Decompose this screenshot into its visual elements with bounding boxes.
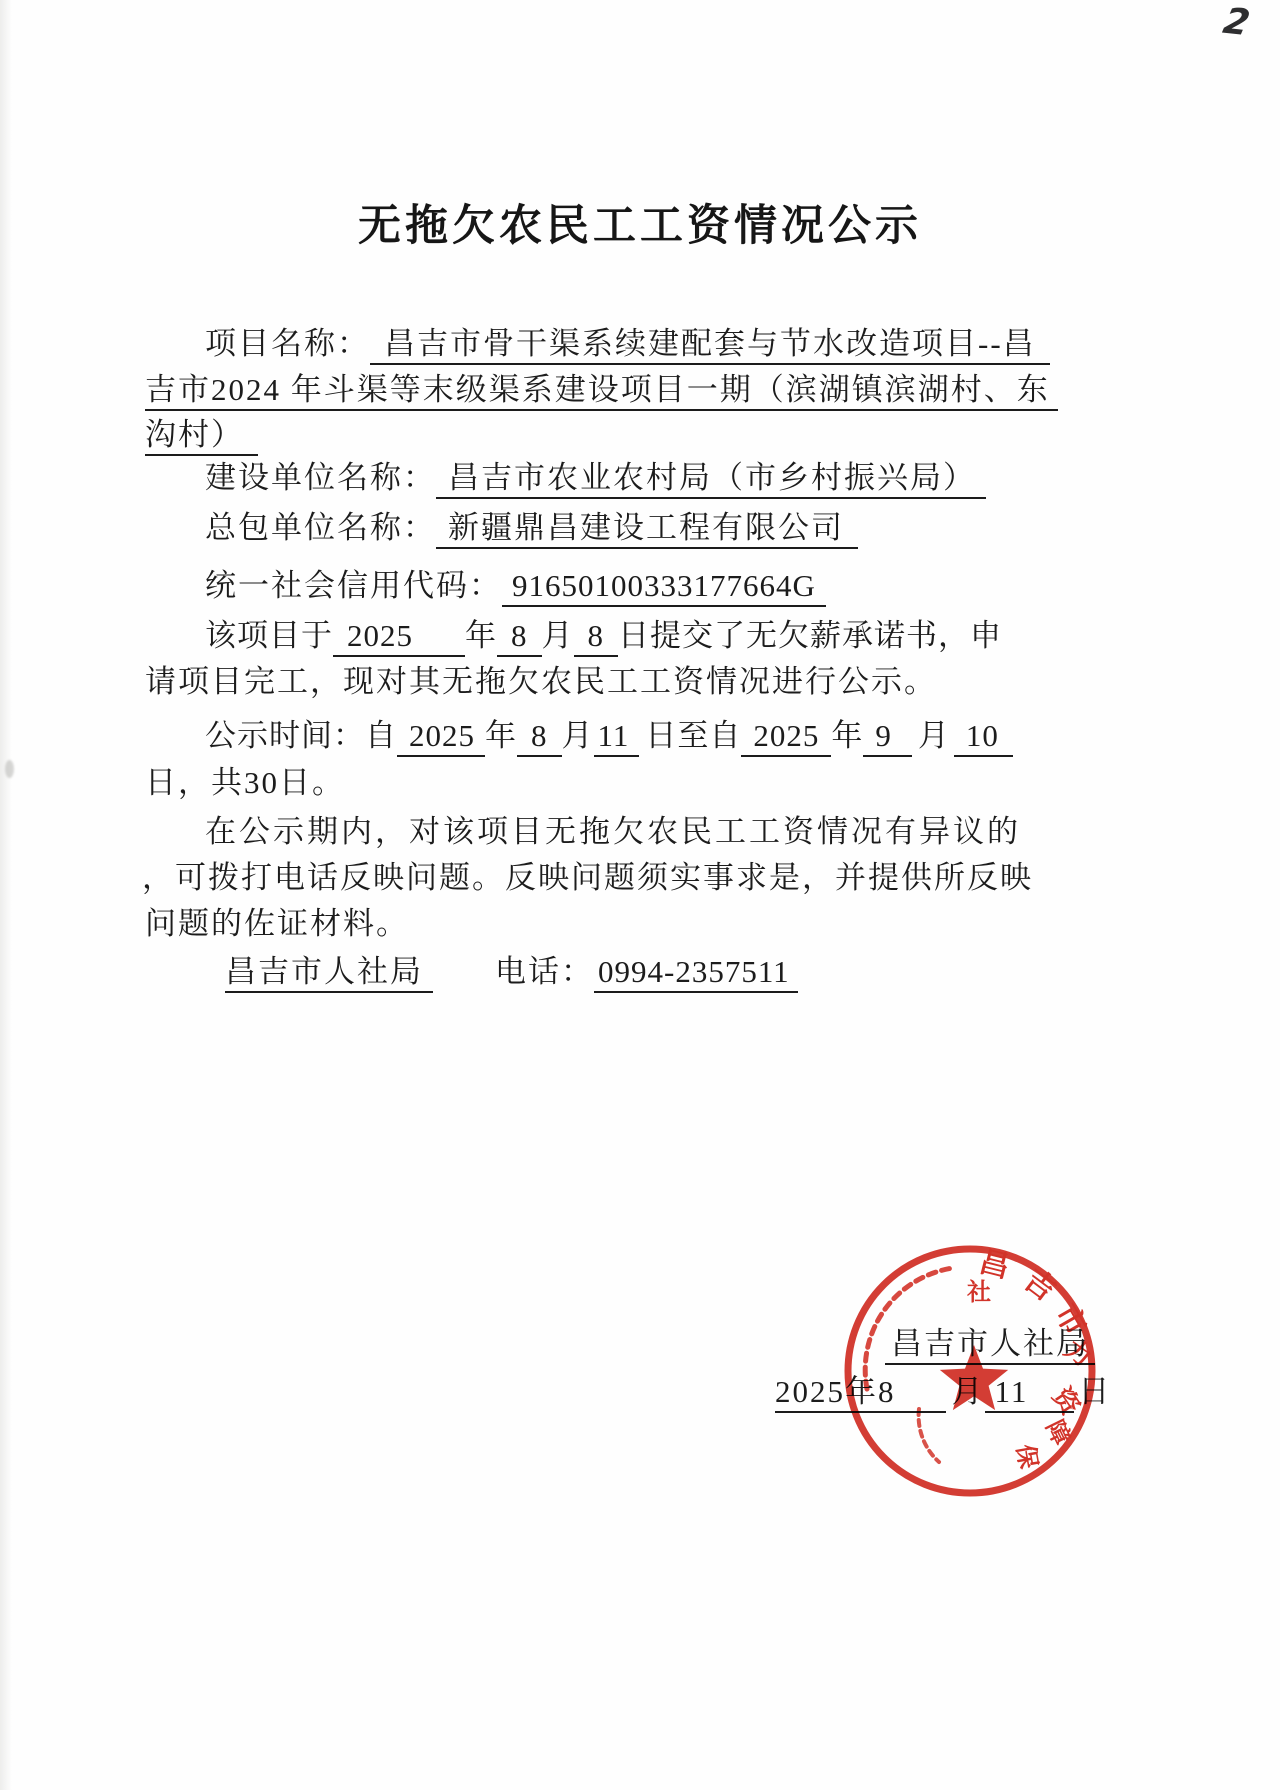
contact-org: 昌吉市人社局 — [225, 954, 433, 993]
submit-day: 8 — [574, 618, 619, 657]
objection-text-1: 在公示期内，对该项目无拖欠农民工工资情况有异议的 — [205, 814, 1021, 849]
contractor-label: 总包单位名称： — [205, 510, 436, 545]
submit-line2-text: 请项目完工，现对其无拖欠农民工工资情况进行公示。 — [145, 664, 937, 699]
seal-arc-char-2: 吉 — [1018, 1263, 1062, 1307]
publicity-line-2: 日，共30日。 — [145, 757, 345, 802]
submit-line: 该项目于2025年8月8日提交了无欠薪承诺书，申 — [205, 610, 1002, 655]
submit-month: 8 — [497, 618, 542, 657]
seal-inner-char-she: 社 — [966, 1279, 991, 1306]
publicity-unit-month2: 月 — [918, 718, 950, 753]
seal-inner-char-3: 保 — [1011, 1442, 1043, 1470]
credit-code-label: 统一社会信用代码： — [205, 568, 502, 603]
objection-text-2: ，可拨打电话反映问题。反映问题须实事求是，并提供所反映 — [142, 860, 1033, 895]
contact-phone: 0994-2357511 — [594, 954, 798, 993]
project-name-value-2: 吉市2024 年斗渠等末级渠系建设项目一期（滨湖镇滨湖村、东 — [145, 372, 1058, 411]
contractor-line: 总包单位名称：新疆鼎昌建设工程有限公司 — [205, 502, 858, 547]
submit-pre: 该项目于 — [205, 618, 333, 653]
publicity-start-month: 8 — [517, 718, 562, 757]
seal-star-icon — [940, 1345, 1008, 1410]
publicity-start-day: 11 — [594, 718, 640, 757]
publicity-end-day: 10 — [954, 718, 1013, 757]
publicity-pre: 公示时间：自 — [205, 718, 397, 753]
publicity-start-year: 2025 — [397, 718, 485, 757]
project-name-line-3: 沟村） — [145, 409, 258, 454]
project-name-value-3: 沟村） — [145, 417, 258, 456]
official-red-seal: 昌 吉 市 社 力 资 保 障 — [833, 1234, 1107, 1508]
publicity-mid: 日至自 — [645, 718, 741, 753]
publicity-end-month: 9 — [863, 718, 912, 757]
project-name-line: 项目名称：昌吉市骨干渠系续建配套与节水改造项目--昌 — [205, 318, 1050, 363]
seal-uyghur-script-inner — [919, 1409, 939, 1462]
publicity-end-year: 2025 — [741, 718, 831, 757]
builder-value: 昌吉市农业农村局（市乡村振兴局） — [436, 460, 986, 499]
objection-line-1: 在公示期内，对该项目无拖欠农民工工资情况有异议的 — [205, 806, 1021, 851]
credit-code-line: 统一社会信用代码：91650100333177664G — [205, 560, 826, 605]
credit-code-value: 91650100333177664G — [502, 568, 826, 607]
contact-phone-label: 电话： — [495, 954, 594, 989]
project-name-label: 项目名称： — [205, 326, 370, 361]
project-name-value-1: 昌吉市骨干渠系续建配套与节水改造项目--昌 — [370, 326, 1050, 365]
publicity-unit-year2: 年 — [831, 718, 863, 753]
objection-text-3: 问题的佐证材料。 — [145, 906, 409, 941]
publicity-line: 公示时间：自2025年8月11日至自2025年9月10 — [205, 710, 1013, 755]
objection-line-3: 问题的佐证材料。 — [145, 898, 409, 943]
publicity-unit-year1: 年 — [485, 718, 517, 753]
seal-arc-text: 昌 吉 市 — [976, 1245, 1092, 1341]
project-name-line-2: 吉市2024 年斗渠等末级渠系建设项目一期（滨湖镇滨湖村、东 — [145, 364, 1058, 409]
document-title: 无拖欠农民工工资情况公示 — [0, 192, 1280, 253]
contractor-value: 新疆鼎昌建设工程有限公司 — [436, 510, 858, 549]
submit-post: 日提交了无欠薪承诺书，申 — [618, 618, 1002, 653]
submit-year-unit: 年 — [465, 618, 497, 653]
scan-speck — [5, 760, 14, 778]
handwritten-page-number: 2 — [1220, 1, 1253, 44]
submit-year: 2025 — [333, 618, 465, 657]
publicity-unit-month1: 月 — [562, 718, 594, 753]
builder-line: 建设单位名称：昌吉市农业农村局（市乡村振兴局） — [205, 452, 986, 497]
submit-line-2: 请项目完工，现对其无拖欠农民工工资情况进行公示。 — [145, 656, 937, 701]
seal-arc-char-1: 昌 — [976, 1245, 1013, 1284]
scanned-document-page: 2 无拖欠农民工工资情况公示 项目名称：昌吉市骨干渠系续建配套与节水改造项目--… — [0, 0, 1280, 1790]
publicity-line2-text: 日，共30日。 — [145, 765, 345, 800]
submit-month-unit: 月 — [542, 618, 574, 653]
scan-edge-shadow — [0, 0, 12, 1790]
builder-label: 建设单位名称： — [205, 460, 436, 495]
contact-line: 昌吉市人社局电话：0994-2357511 — [225, 946, 798, 991]
objection-line-2: ，可拨打电话反映问题。反映问题须实事求是，并提供所反映 — [142, 852, 1033, 897]
